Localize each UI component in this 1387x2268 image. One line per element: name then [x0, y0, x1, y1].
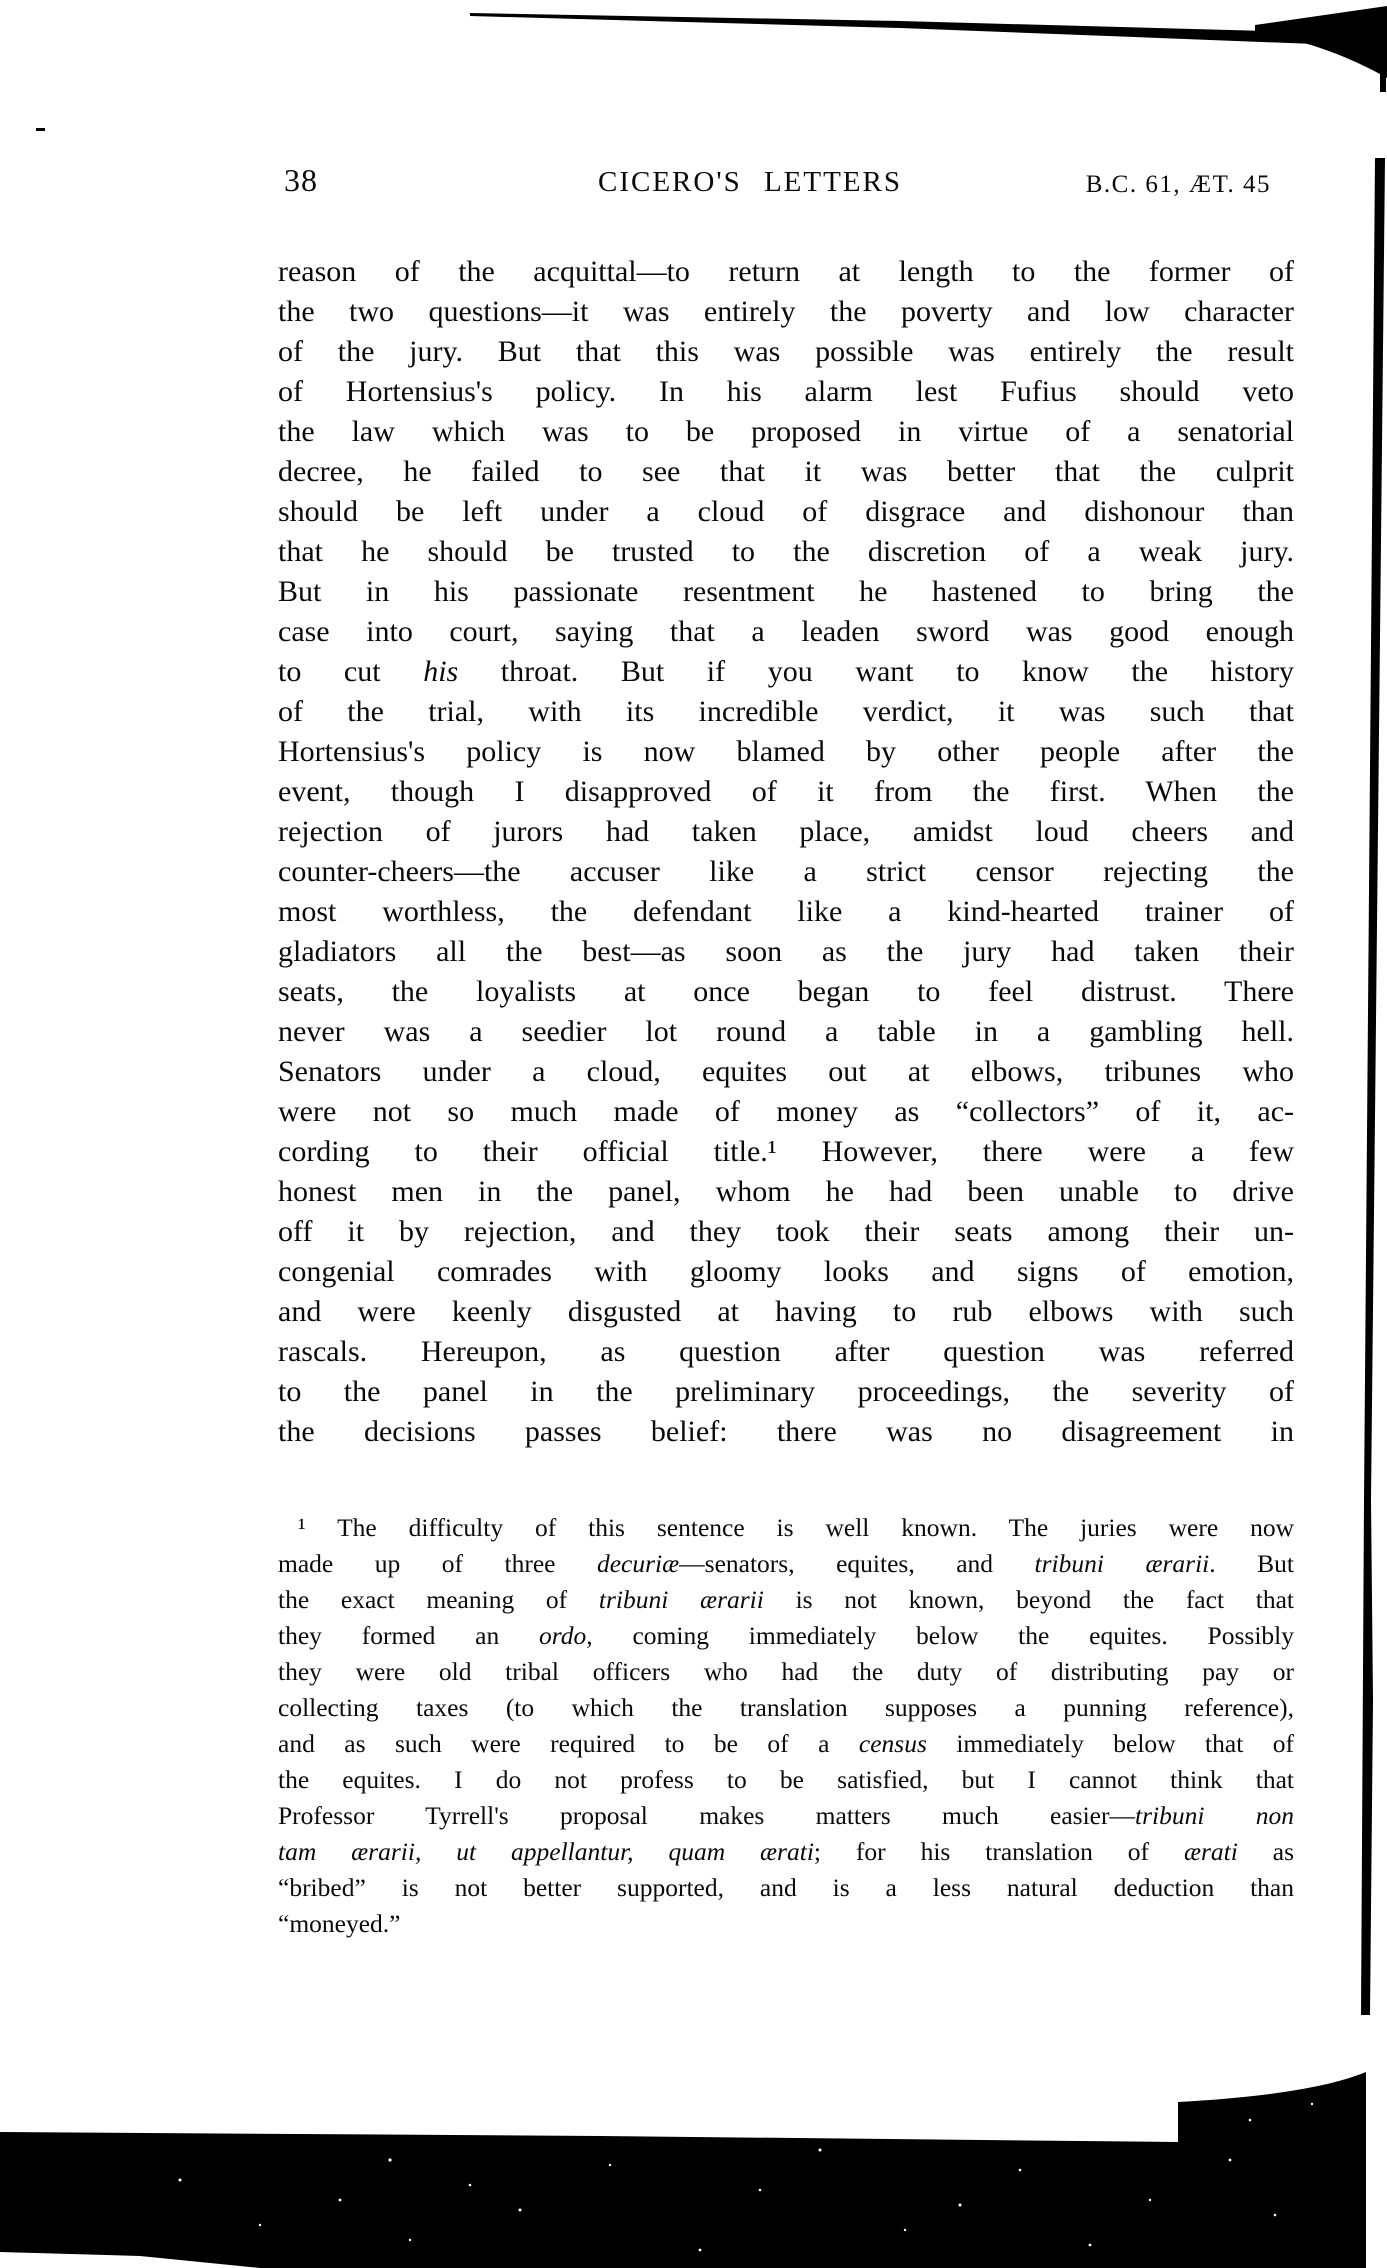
text-line: tam ærarii, ut appellantur, quam ærati; … [278, 1834, 1294, 1870]
text-segment: ; for his translation of [814, 1837, 1184, 1866]
text-line: decree, he failed to see that it was bet… [278, 452, 1294, 492]
text-segment: Senators under a cloud, equites out at e… [278, 1055, 1294, 1088]
text-line: should be left under a cloud of disgrace… [278, 492, 1294, 532]
text-line: never was a seedier lot round a table in… [278, 1012, 1294, 1052]
text-segment: of Hortensius's policy. In his alarm les… [278, 375, 1294, 408]
text-segment: of the jury. But that this was possible … [278, 335, 1294, 368]
text-line: the law which was to be proposed in virt… [278, 412, 1294, 452]
page-number: 38 [284, 162, 318, 199]
text-line: and as such were required to be of a cen… [278, 1726, 1294, 1762]
text-segment: of the trial, with its incredible verdic… [278, 695, 1294, 728]
text-segment: case into court, saying that a leaden sw… [278, 615, 1294, 648]
text-segment: made up of three [278, 1549, 597, 1578]
text-segment: the law which was to be proposed in virt… [278, 415, 1294, 448]
text-segment: is not known, beyond the fact that [764, 1585, 1294, 1614]
text-segment: congenial comrades with gloomy looks and… [278, 1255, 1294, 1288]
text-line: most worthless, the defendant like a kin… [278, 892, 1294, 932]
text-segment: to the panel in the preliminary proceedi… [278, 1375, 1294, 1408]
text-line: of the trial, with its incredible verdic… [278, 692, 1294, 732]
text-line: honest men in the panel, whom he had bee… [278, 1172, 1294, 1212]
text-line: seats, the loyalists at once began to fe… [278, 972, 1294, 1012]
text-line: and were keenly disgusted at having to r… [278, 1292, 1294, 1332]
text-segment: most worthless, the defendant like a kin… [278, 895, 1294, 928]
text-line: the exact meaning of tribuni ærarii is n… [278, 1582, 1294, 1618]
text-segment: rejection of jurors had taken place, ami… [278, 815, 1294, 848]
text-line: off it by rejection, and they took their… [278, 1212, 1294, 1252]
text-segment: event, though I disapproved of it from t… [278, 775, 1294, 808]
text-segment: reason of the acquittal—to return at len… [278, 255, 1294, 288]
text-segment: Hortensius's policy is now blamed by oth… [278, 735, 1294, 768]
page-content: 38 CICERO'S LETTERS B.C. 61, ÆT. 45 reas… [0, 0, 1387, 2268]
text-segment: —senators, equites, and [679, 1549, 1034, 1578]
text-segment: Professor Tyrrell's proposal makes matte… [278, 1801, 1135, 1830]
text-line: the two questions—it was entirely the po… [278, 292, 1294, 332]
text-line: “bribed” is not better supported, and is… [278, 1870, 1294, 1906]
italic-text: tribuni non [1135, 1801, 1294, 1830]
header-date-caption: B.C. 61, ÆT. 45 [1086, 171, 1271, 199]
text-segment: should be left under a cloud of disgrace… [278, 495, 1294, 528]
text-line: Senators under a cloud, equites out at e… [278, 1052, 1294, 1092]
text-segment: they were old tribal officers who had th… [278, 1657, 1294, 1686]
text-line: case into court, saying that a leaden sw… [278, 612, 1294, 652]
italic-text: tam ærarii, ut appellantur, quam ærati [278, 1837, 814, 1866]
text-segment: decree, he failed to see that it was bet… [278, 455, 1294, 488]
text-segment: throat. But if you want to know the hist… [458, 655, 1294, 688]
text-segment: immediately below that of [927, 1729, 1294, 1758]
text-line: counter-cheers—the accuser like a strict… [278, 852, 1294, 892]
italic-text: ærati [1184, 1837, 1238, 1866]
text-line: But in his passionate resentment he hast… [278, 572, 1294, 612]
text-line: were not so much made of money as “colle… [278, 1092, 1294, 1132]
text-segment: “moneyed.” [278, 1909, 400, 1938]
text-line: made up of three decuriæ—senators, equit… [278, 1546, 1294, 1582]
text-line: ¹ The difficulty of this sentence is wel… [278, 1510, 1294, 1546]
text-line: that he should be trusted to the discret… [278, 532, 1294, 572]
text-line: gladiators all the best—as soon as the j… [278, 932, 1294, 972]
text-line: rejection of jurors had taken place, ami… [278, 812, 1294, 852]
text-segment: “bribed” is not better supported, and is… [278, 1873, 1294, 1902]
scanned-book-page: { "page": { "number": "38", "title": "CI… [0, 0, 1387, 2268]
text-line: of the jury. But that this was possible … [278, 332, 1294, 372]
text-segment: they formed an [278, 1621, 539, 1650]
body-text-block: reason of the acquittal—to return at len… [278, 252, 1294, 1452]
italic-text: tribuni ærarii [1035, 1549, 1210, 1578]
text-segment: as [1238, 1837, 1294, 1866]
text-segment: But in his passionate resentment he hast… [278, 575, 1294, 608]
text-segment: that he should be trusted to the discret… [278, 535, 1294, 568]
text-line: cording to their official title.¹ Howeve… [278, 1132, 1294, 1172]
text-segment: , coming immediately below the equites. … [586, 1621, 1294, 1650]
italic-text: his [423, 655, 458, 688]
text-segment: collecting taxes (to which the translati… [278, 1693, 1294, 1722]
text-line: congenial comrades with gloomy looks and… [278, 1252, 1294, 1292]
text-segment: to cut [278, 655, 423, 688]
text-line: to cut his throat. But if you want to kn… [278, 652, 1294, 692]
text-line: rascals. Hereupon, as question after que… [278, 1332, 1294, 1372]
text-segment: were not so much made of money as “colle… [278, 1095, 1294, 1128]
text-segment: rascals. Hereupon, as question after que… [278, 1335, 1294, 1368]
text-segment: . But [1209, 1549, 1294, 1578]
text-segment: never was a seedier lot round a table in… [278, 1015, 1294, 1048]
text-line: collecting taxes (to which the translati… [278, 1690, 1294, 1726]
text-line: “moneyed.” [278, 1906, 1294, 1942]
text-line: to the panel in the preliminary proceedi… [278, 1372, 1294, 1412]
text-line: Professor Tyrrell's proposal makes matte… [278, 1798, 1294, 1834]
text-segment: honest men in the panel, whom he had bee… [278, 1175, 1294, 1208]
italic-text: decuriæ [597, 1549, 679, 1578]
text-segment: the two questions—it was entirely the po… [278, 295, 1294, 328]
footnote-block: ¹ The difficulty of this sentence is wel… [278, 1510, 1294, 1942]
text-segment: off it by rejection, and they took their… [278, 1215, 1294, 1248]
text-line: they were old tribal officers who had th… [278, 1654, 1294, 1690]
text-segment: seats, the loyalists at once began to fe… [278, 975, 1294, 1008]
text-line: the equites. I do not profess to be sati… [278, 1762, 1294, 1798]
text-line: of Hortensius's policy. In his alarm les… [278, 372, 1294, 412]
text-segment: ¹ The difficulty of this sentence is wel… [298, 1513, 1294, 1542]
text-line: Hortensius's policy is now blamed by oth… [278, 732, 1294, 772]
italic-text: census [859, 1729, 927, 1758]
text-segment: the exact meaning of [278, 1585, 599, 1614]
text-segment: the equites. I do not profess to be sati… [278, 1765, 1294, 1794]
text-segment: cording to their official title.¹ Howeve… [278, 1135, 1294, 1168]
text-line: reason of the acquittal—to return at len… [278, 252, 1294, 292]
text-line: event, though I disapproved of it from t… [278, 772, 1294, 812]
italic-text: ordo [539, 1621, 586, 1650]
text-segment: and were keenly disgusted at having to r… [278, 1295, 1294, 1328]
text-line: they formed an ordo, coming immediately … [278, 1618, 1294, 1654]
text-segment: gladiators all the best—as soon as the j… [278, 935, 1294, 968]
running-title: CICERO'S LETTERS [598, 166, 902, 199]
text-segment: and as such were required to be of a [278, 1729, 859, 1758]
italic-text: tribuni ærarii [599, 1585, 764, 1614]
text-segment: counter-cheers—the accuser like a strict… [278, 855, 1294, 888]
text-segment: the decisions passes belief: there was n… [278, 1415, 1294, 1448]
text-line: the decisions passes belief: there was n… [278, 1412, 1294, 1452]
